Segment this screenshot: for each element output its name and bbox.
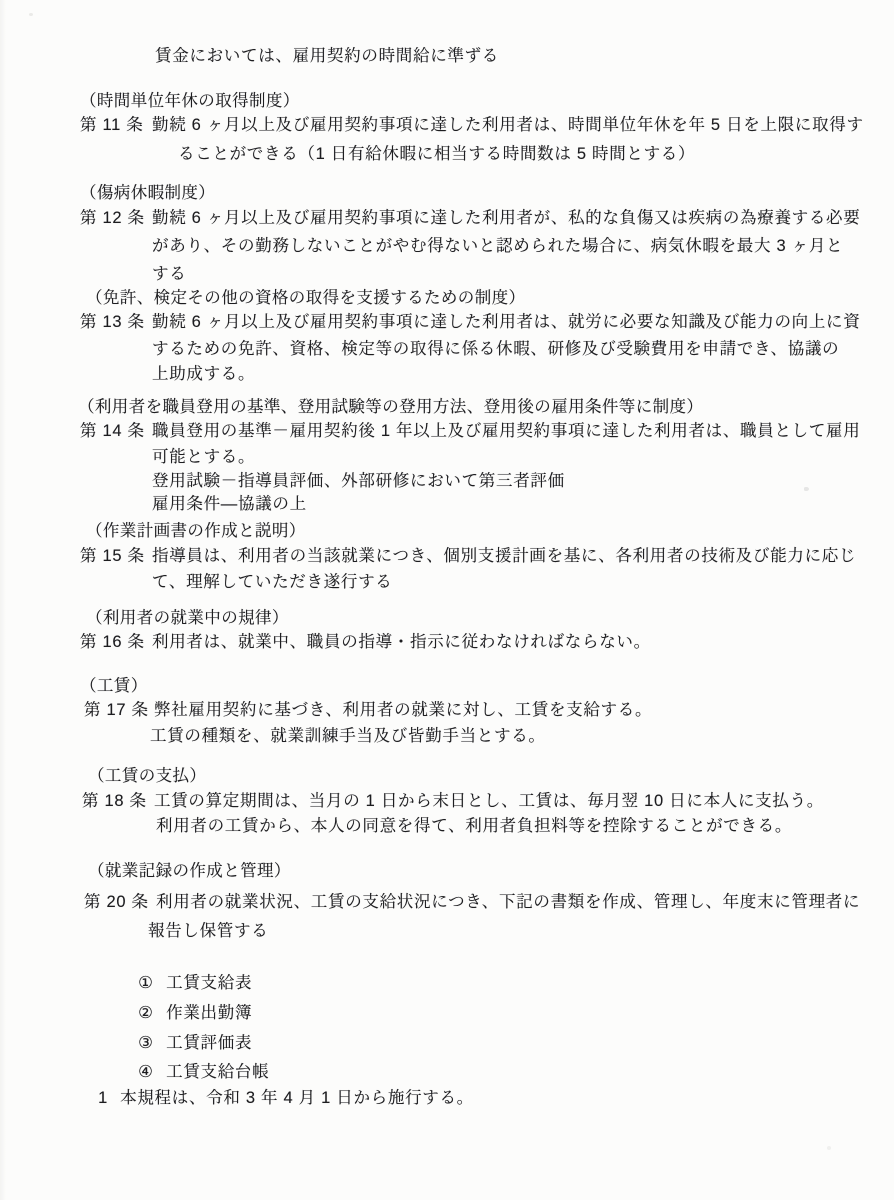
article-15-heading: （作業計画書の作成と説明） — [86, 519, 306, 543]
article-14-line-4: 雇用条件—協議の上 — [152, 492, 307, 516]
article-13-heading: （免許、検定その他の資格の取得を支援するための制度） — [86, 286, 525, 310]
article-12-number: 第 12 条 — [80, 206, 145, 230]
article-16-heading: （利用者の就業中の規律） — [86, 606, 289, 630]
supplement-number: 1 — [98, 1086, 120, 1110]
article-18-heading: （工賃の支払） — [88, 764, 206, 788]
article-17-line-2: 工賃の種類を、就業訓練手当及び皆勤手当とする。 — [150, 724, 546, 748]
article-14-line-3: 登用試験－指導員評価、外部研修において第三者評価 — [152, 469, 565, 493]
article-18-line-2: 利用者の工賃から、本人の同意を得て、利用者負担料等を控除することができる。 — [156, 814, 792, 838]
scan-artifact — [804, 487, 809, 491]
intro-line: 賃金においては、雇用契約の時間給に準ずる — [155, 44, 499, 68]
article-12-line-2: があり、その勤務しないことがやむ得ないと認められた場合に、病気休暇を最大 3 ヶ… — [152, 234, 843, 258]
scan-edge-shading — [0, 0, 6, 1200]
article-16-line-1: 利用者は、就業中、職員の指導・指示に従わなければならない。 — [152, 630, 651, 654]
article-17-number: 第 17 条 — [84, 698, 149, 722]
article-14-number: 第 14 条 — [80, 419, 145, 443]
article-16-number: 第 16 条 — [80, 630, 145, 654]
article-11-heading: （時間単位年休の取得制度） — [80, 89, 300, 113]
article-14-line-1: 職員登用の基準－雇用契約後 1 年以上及び雇用契約事項に達した利用者は、職員とし… — [152, 419, 860, 443]
article-12-line-3: する — [152, 262, 186, 286]
article-17-heading: （工賃） — [80, 674, 148, 698]
document-page: 賃金においては、雇用契約の時間給に準ずる （時間単位年休の取得制度） 第 11 … — [0, 0, 894, 1200]
article-15-line-2: て、理解していただき遂行する — [152, 570, 392, 594]
article-17-line-1: 弊社雇用契約に基づき、利用者の就業に対し、工賃を支給する。 — [154, 698, 652, 722]
article-11-line-1: 勤続 6 ヶ月以上及び雇用契約事項に達した利用者は、時間単位年休を年 5 日を上… — [152, 113, 864, 137]
article-13-line-3: 上助成する。 — [152, 362, 255, 386]
article-18-line-1: 工賃の算定期間は、当月の 1 日から末日とし、工賃は、毎月翌 10 日に本人に支… — [154, 789, 824, 813]
article-12-line-1: 勤続 6 ヶ月以上及び雇用契約事項に達した利用者が、私的な負傷又は疾病の為療養す… — [152, 206, 860, 230]
scan-artifact — [827, 1146, 831, 1150]
article-20-line-1: 利用者の就業状況、工賃の支給状況につき、下記の書類を作成、管理し、年度末に管理者… — [156, 890, 860, 914]
supplement-text: 本規程は、令和 3 年 4 月 1 日から施行する。 — [120, 1089, 474, 1107]
article-14-heading: （利用者を職員登用の基準、登用試験等の登用方法、登用後の雇用条件等に制度） — [78, 395, 703, 419]
article-14-line-2: 可能とする。 — [152, 445, 255, 469]
article-13-line-1: 勤続 6 ヶ月以上及び雇用契約事項に達した利用者は、就労に必要な知識及び能力の向… — [152, 310, 860, 334]
article-13-number: 第 13 条 — [80, 310, 145, 334]
article-20-number: 第 20 条 — [84, 890, 149, 914]
scan-artifact — [29, 13, 33, 16]
article-15-line-1: 指導員は、利用者の当該就業につき、個別支援計画を基に、各利用者の技術及び能力に応… — [152, 544, 856, 568]
article-11-line-2: ることができる（1 日有給休暇に相当する時間数は 5 時間とする） — [178, 142, 695, 166]
supplement-line: 1本規程は、令和 3 年 4 月 1 日から施行する。 — [77, 1062, 474, 1134]
article-20-line-2: 報告し保管する — [148, 919, 268, 943]
article-13-line-2: するための免許、資格、検定等の取得に係る休暇、研修及び受験費用を申請でき、協議の — [152, 337, 839, 361]
article-20-heading: （就業記録の作成と管理） — [88, 859, 291, 883]
article-15-number: 第 15 条 — [80, 544, 145, 568]
article-18-number: 第 18 条 — [82, 789, 147, 813]
article-12-heading: （傷病休暇制度） — [80, 181, 215, 205]
article-11-number: 第 11 条 — [80, 113, 144, 137]
